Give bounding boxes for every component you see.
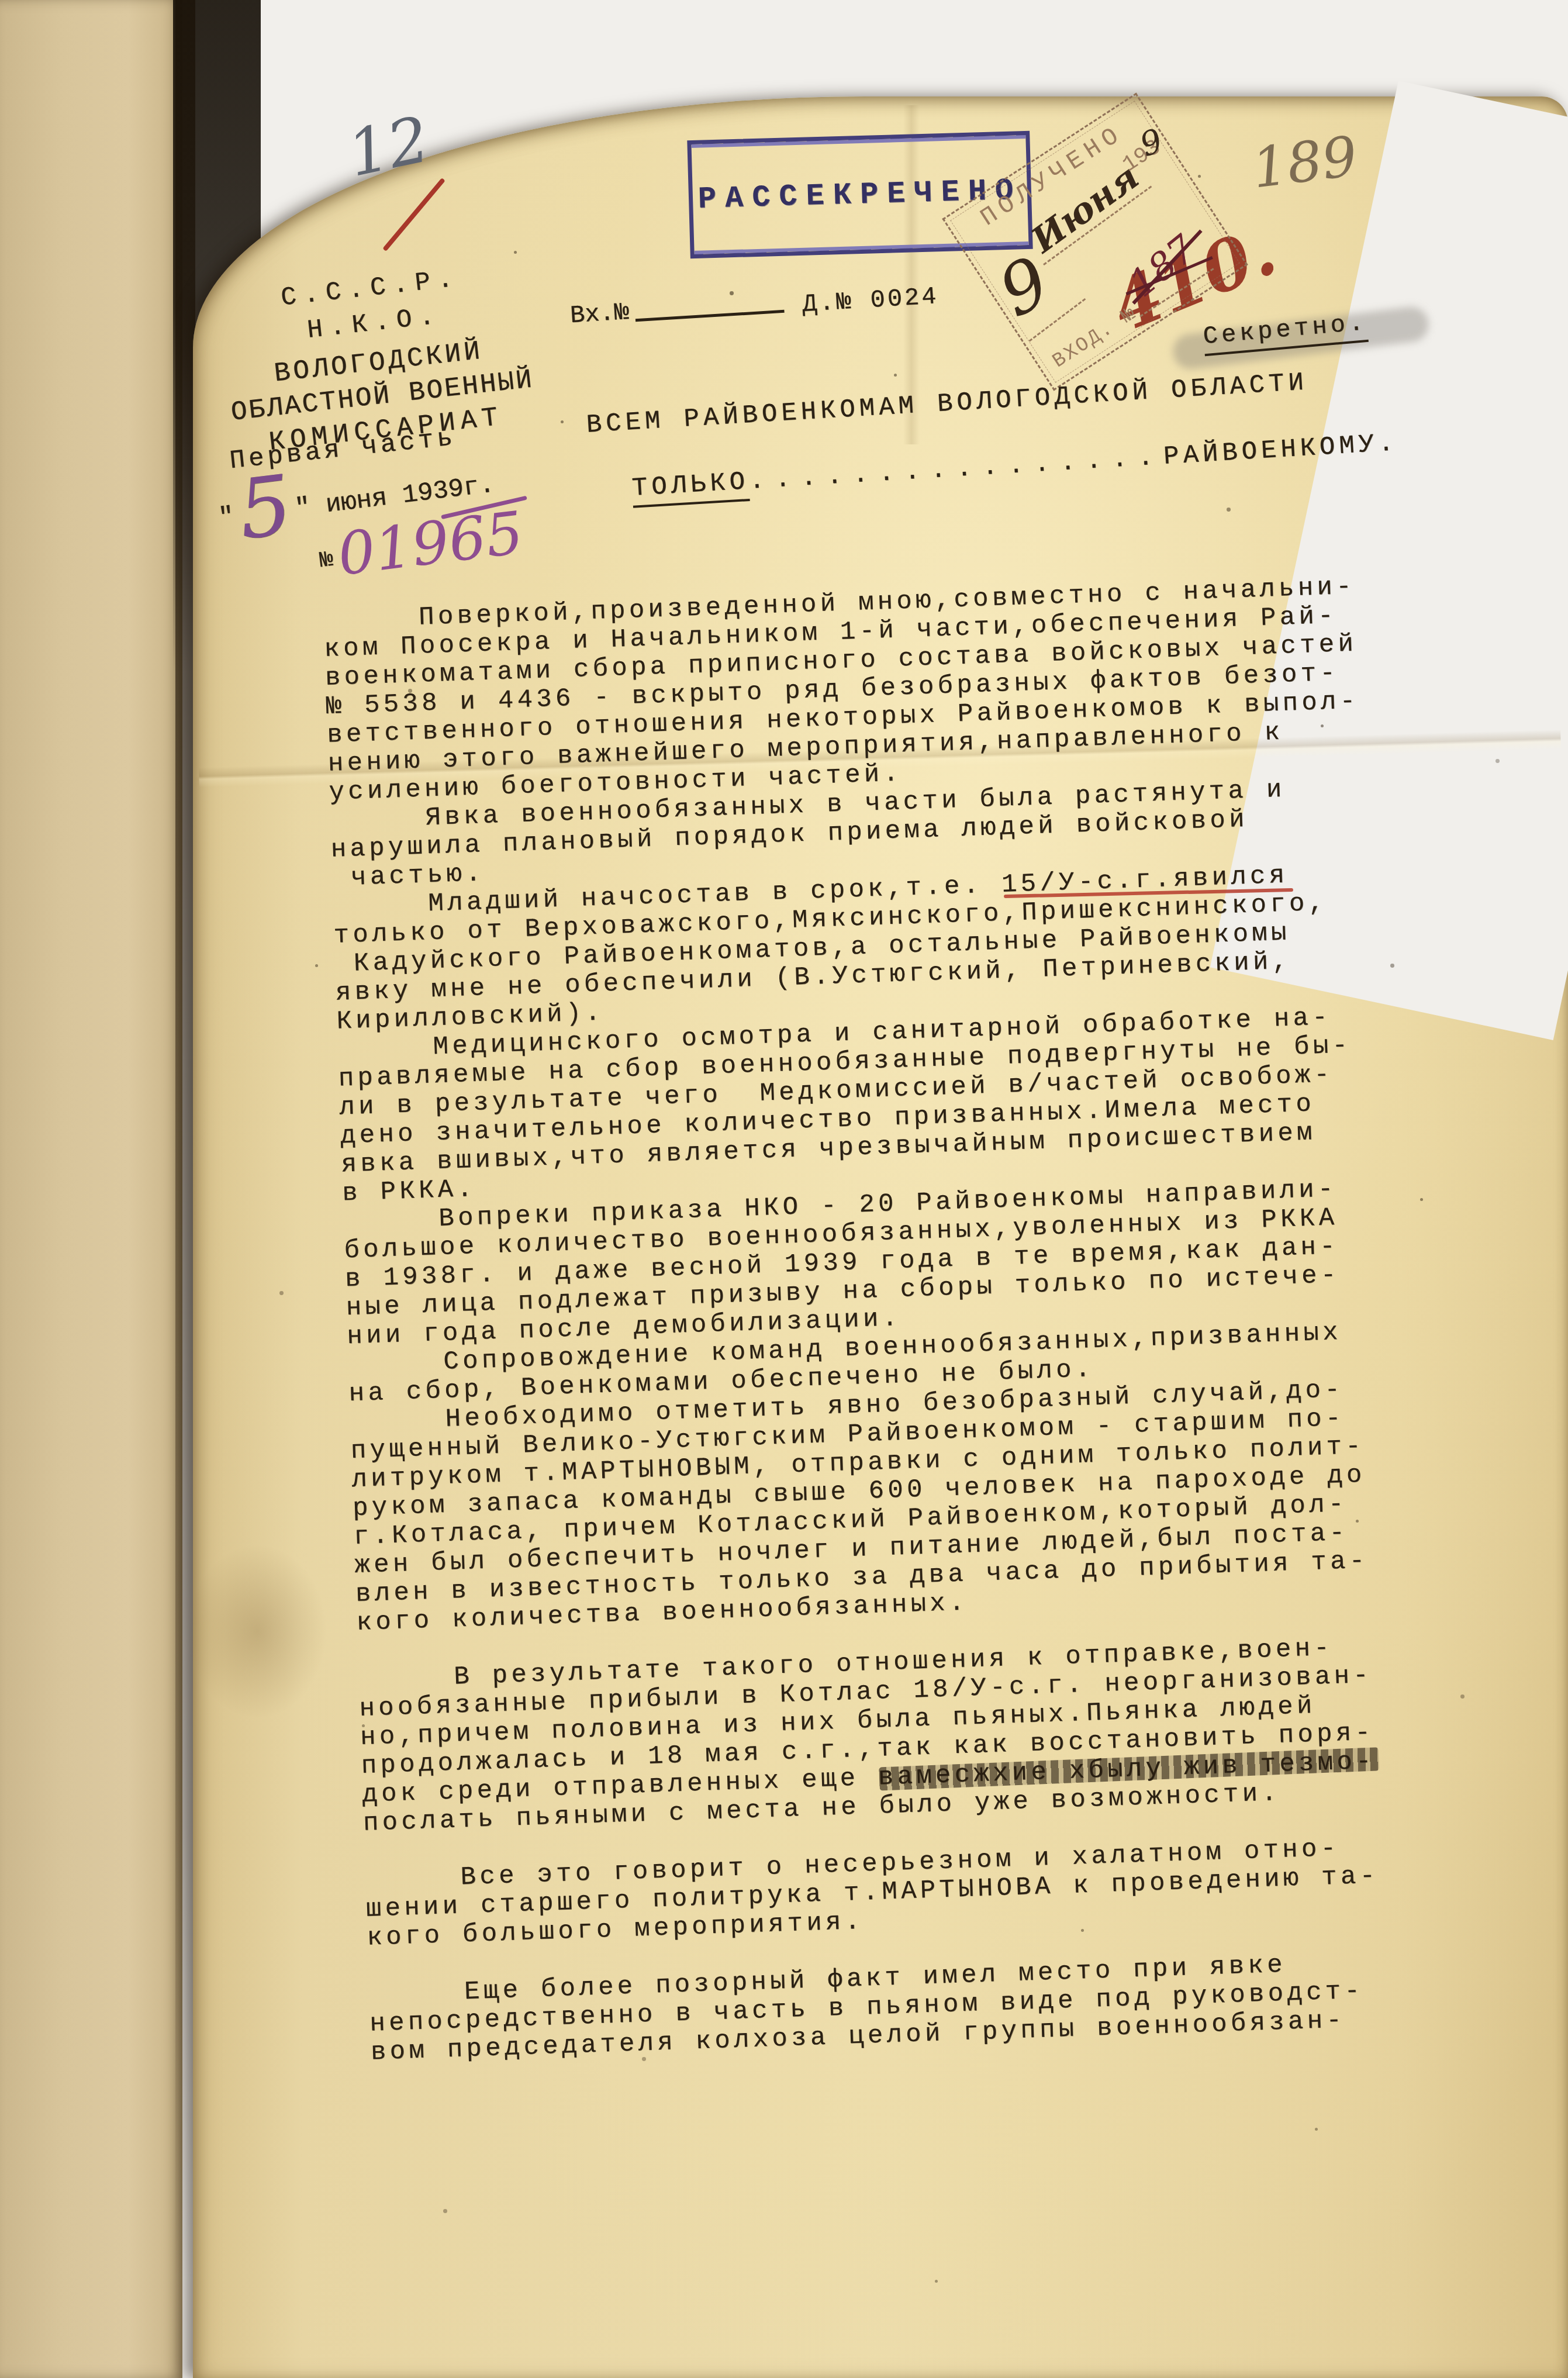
typewritten-body: Поверкой,произведенной мною,совместно с …	[323, 571, 1446, 2068]
date-open-quote: "	[217, 502, 236, 533]
scanned-document-photo: { "colors": { "paper": "#e8d6a4", "typed…	[0, 0, 1568, 2378]
number-sign: №	[318, 547, 334, 574]
only-label: ТОЛЬКО	[631, 467, 751, 508]
paper-foxing-speckles	[0, 0, 2, 2]
adjacent-page-edge	[0, 0, 182, 2378]
pencil-page-number: 12	[343, 108, 434, 187]
paper-stain	[187, 1544, 327, 1719]
archive-folio-number: 189	[1249, 129, 1360, 196]
incoming-number-label: Вх.№	[569, 298, 630, 330]
